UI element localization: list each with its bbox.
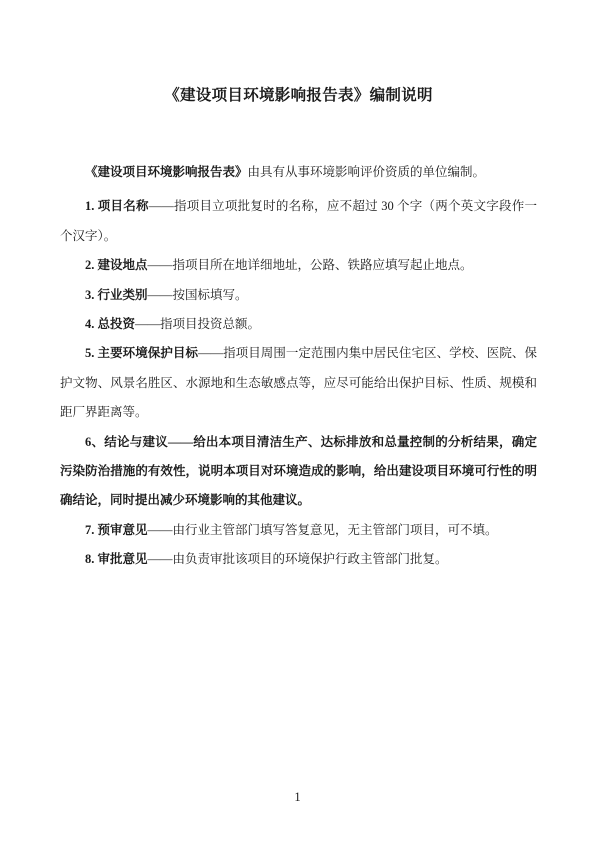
intro-rest-text: 由具有从事环境影响评价资质的单位编制。 (248, 165, 486, 179)
item-label: 2. 建设地点 (85, 258, 148, 272)
item-label: 5. 主要环境保护目标 (85, 346, 198, 360)
item-text: ——按国标填写。 (148, 288, 248, 302)
item-text: ——由负责审批该项目的环境保护行政主管部门批复。 (148, 552, 448, 566)
document-content: 《建设项目环境影响报告表》编制说明 《建设项目环境影响报告表》由具有从事环境影响… (60, 0, 537, 575)
item-text: ——由行业主管部门填写答复意见，无主管部门项目，可不填。 (148, 523, 498, 537)
intro-paragraph: 《建设项目环境影响报告表》由具有从事环境影响评价资质的单位编制。 (60, 158, 537, 187)
item-label: 8. 审批意见 (85, 552, 148, 566)
item-text: ——指项目投资总额。 (135, 317, 260, 331)
item-label: 7. 预审意见 (85, 523, 148, 537)
item-label: 1. 项目名称 (85, 199, 149, 213)
list-item: 7. 预审意见——由行业主管部门填写答复意见，无主管部门项目，可不填。 (60, 516, 537, 545)
item-label: 6、结论与建议 (85, 435, 168, 449)
document-title: 《建设项目环境影响报告表》编制说明 (60, 84, 537, 108)
item-text: ——指项目所在地详细地址，公路、铁路应填写起止地点。 (148, 258, 473, 272)
page-number: 1 (0, 785, 595, 809)
list-item: 3. 行业类别——按国标填写。 (60, 281, 537, 310)
list-item: 2. 建设地点——指项目所在地详细地址，公路、铁路应填写起止地点。 (60, 251, 537, 280)
list-item: 4. 总投资——指项目投资总额。 (60, 310, 537, 339)
list-item: 8. 审批意见——由负责审批该项目的环境保护行政主管部门批复。 (60, 545, 537, 574)
list-item: 1. 项目名称——指项目立项批复时的名称，应不超过 30 个字（两个英文字段作一… (60, 192, 537, 251)
list-item: 6、结论与建议——给出本项目清洁生产、达标排放和总量控制的分析结果，确定污染防治… (60, 428, 537, 516)
item-label: 3. 行业类别 (85, 288, 148, 302)
numbered-item-list: 1. 项目名称——指项目立项批复时的名称，应不超过 30 个字（两个英文字段作一… (60, 192, 537, 574)
intro-book-title: 《建设项目环境影响报告表》 (85, 165, 248, 179)
document-page: 《建设项目环境影响报告表》编制说明 《建设项目环境影响报告表》由具有从事环境影响… (0, 0, 595, 841)
item-label: 4. 总投资 (85, 317, 135, 331)
list-item: 5. 主要环境保护目标——指项目周围一定范围内集中居民住宅区、学校、医院、保护文… (60, 339, 537, 427)
